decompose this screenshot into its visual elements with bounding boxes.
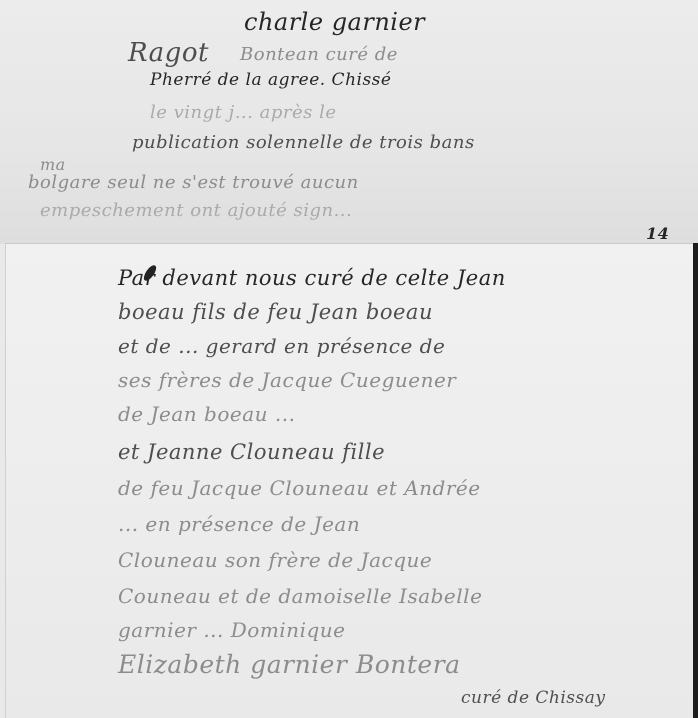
text-line: Clouneau son frère de Jacque xyxy=(118,548,432,572)
text-line: Bontean curé de xyxy=(240,44,398,65)
text-line: de Jean boeau ... xyxy=(118,402,295,426)
text-line: bolgare seul ne s'est trouvé aucun xyxy=(28,172,359,193)
text-line: empeschement ont ajouté sign... xyxy=(40,200,352,221)
text-line: et de ... gerard en présence de xyxy=(118,334,445,358)
text-line: et Jeanne Clouneau fille xyxy=(118,440,385,464)
binding-edge xyxy=(693,243,698,718)
text-line: ... en présence de Jean xyxy=(118,512,360,536)
signature-line: garnier ... Dominique xyxy=(118,618,345,642)
text-line: le vingt j... après le xyxy=(150,102,336,123)
page-number: 14 xyxy=(646,224,669,243)
signature-line: Elizabeth garnier Bontera xyxy=(118,650,461,679)
text-line: ses frères de Jacque Cueguener xyxy=(118,368,456,392)
text-line: Couneau et de damoiselle Isabelle xyxy=(118,584,482,608)
text-line: de feu Jacque Clouneau et Andrée xyxy=(118,476,481,500)
previous-page-fragment: Ragot charle garnier Bontean curé de Phe… xyxy=(0,0,698,244)
text-line: Pherré de la agree. Chissé xyxy=(150,70,391,90)
signature-cure: curé de Chissay xyxy=(461,688,606,708)
text-line: boeau fils de feu Jean boeau xyxy=(118,300,433,324)
text-line: charle garnier xyxy=(244,8,425,36)
margin-name: Ragot xyxy=(128,38,209,68)
register-page: Par devant nous curé de celte Jean boeau… xyxy=(5,243,694,718)
text-line: publication solennelle de trois bans xyxy=(132,132,475,153)
text-line: Par devant nous curé de celte Jean xyxy=(118,266,506,290)
